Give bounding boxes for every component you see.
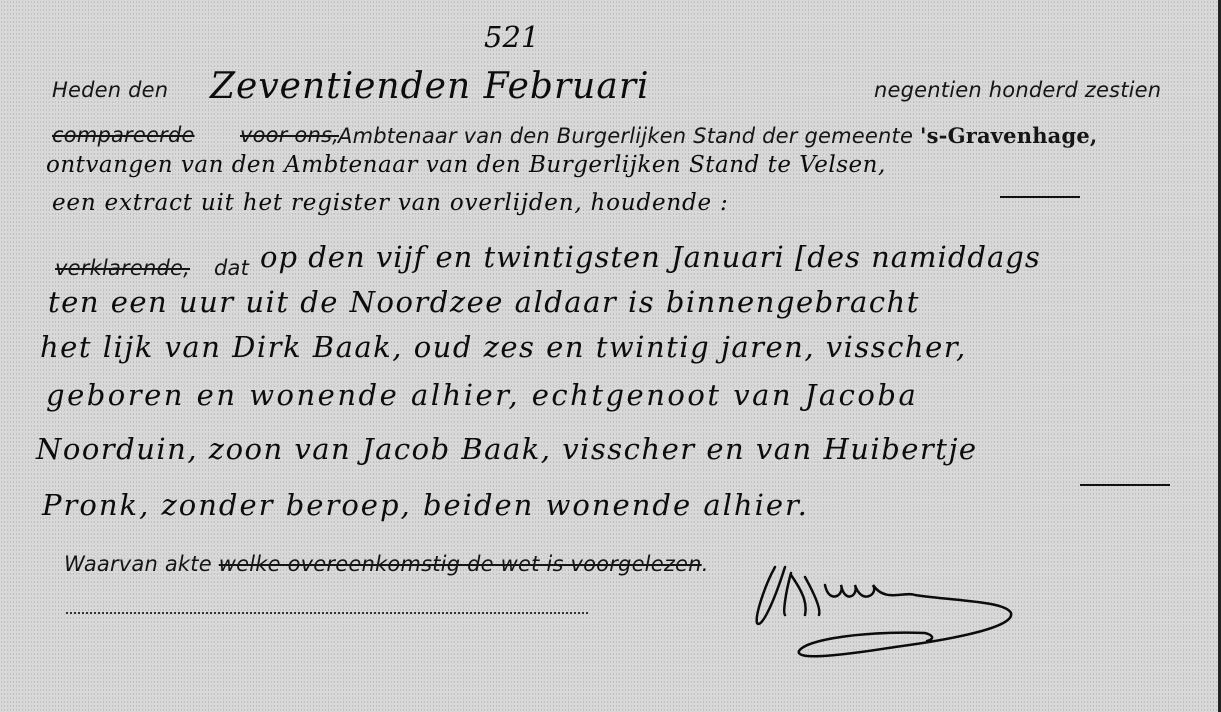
handwritten-line-8: geboren en wonende alhier, echtgenoot va… xyxy=(46,378,918,412)
handwritten-line-9: Noorduin, zoon van Jacob Baak, visscher … xyxy=(36,432,978,466)
printed-struck-voor-ons: voor ons, xyxy=(240,123,339,147)
printed-year: negentien honderd zestien xyxy=(874,78,1161,102)
printed-heden-den: Heden den xyxy=(52,78,168,102)
handwritten-line-7: het lijk van Dirk Baak, oud zes en twint… xyxy=(40,330,967,364)
dotted-signature-line xyxy=(66,612,588,614)
printed-gravenhage: 's-Gravenhage, xyxy=(920,123,1097,148)
handwritten-line-3: ontvangen van den Ambtenaar van den Burg… xyxy=(46,152,886,178)
handwritten-line-6: ten een uur uit de Noordzee aldaar is bi… xyxy=(48,285,920,319)
printed-struck-verklarende: verklarende, xyxy=(55,256,190,280)
printed-struck-compareerde: compareerde xyxy=(52,123,195,147)
handwritten-line-4: een extract uit het register van overlij… xyxy=(52,190,729,216)
handwritten-date: Zeventienden Februari xyxy=(210,66,650,107)
page-number: 521 xyxy=(484,20,539,54)
handwritten-line-5: op den vijf en twintigsten Januari [des … xyxy=(260,240,1041,274)
printed-waarvan-akte: Waarvan akte welke overeenkomstig de wet… xyxy=(64,552,709,576)
printed-ambtenaar: Ambtenaar van den Burgerlijken Stand der… xyxy=(338,123,1097,148)
handwritten-line-10: Pronk, zonder beroep, beiden wonende alh… xyxy=(42,488,809,522)
line-filler-rule xyxy=(1000,196,1080,198)
printed-struck-voorgelezen: welke overeenkomstig de wet is voorgelez… xyxy=(219,552,702,576)
printed-dat: dat xyxy=(214,256,249,280)
line-filler-rule-2 xyxy=(1080,484,1170,486)
